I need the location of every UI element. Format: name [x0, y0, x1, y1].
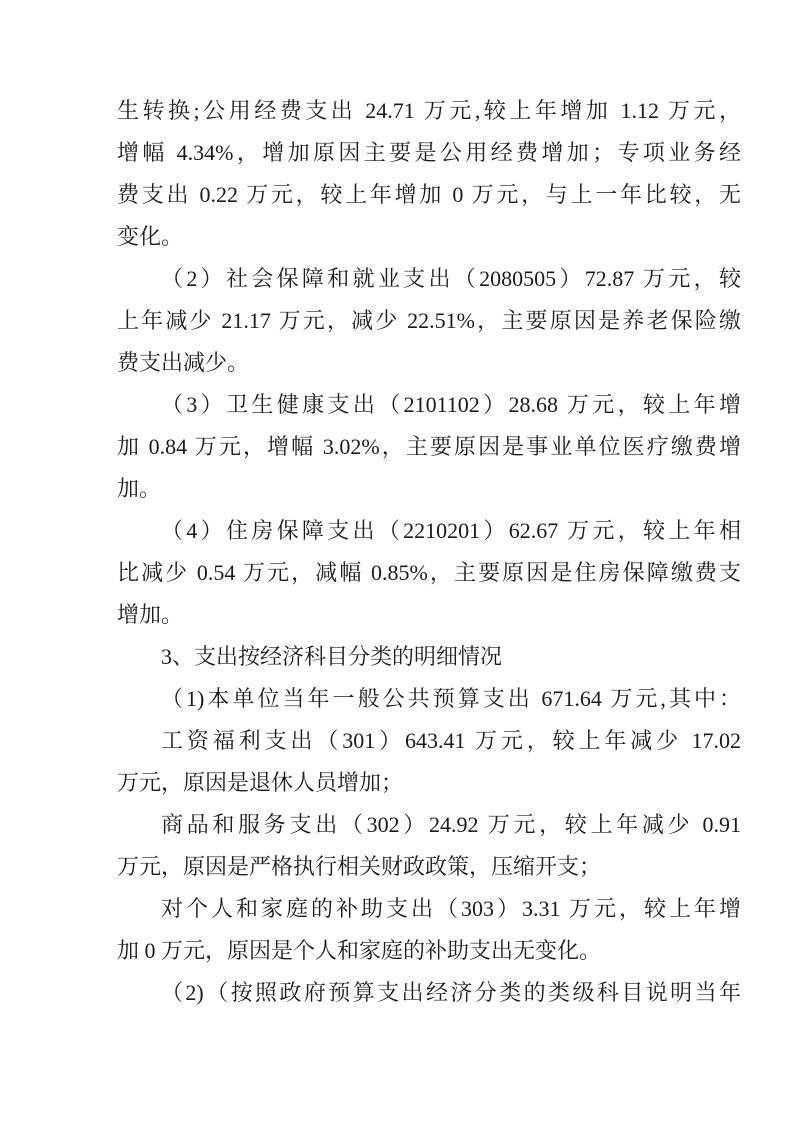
text-line: 费支出减少。: [117, 342, 741, 384]
paragraph-individual-family-subsidy: 对个人和家庭的补助支出（303）3.31 万元，较上年增 加 0 万元，原因是个…: [117, 888, 741, 972]
paragraph-goods-services: 商品和服务支出（302）24.92 万元，较上年减少 0.91 万元，原因是严格…: [117, 804, 741, 888]
text-line: 上年减少 21.17 万元，减少 22.51%，主要原因是养老保险缴: [117, 300, 741, 342]
heading-economic-classification: 3、支出按经济科目分类的明细情况: [117, 636, 741, 678]
text-line: 万元，原因是退休人员增加；: [117, 762, 741, 804]
text-line: 加 0 万元，原因是个人和家庭的补助支出无变化。: [117, 930, 741, 972]
text-line: （4）住房保障支出（2210201）62.67 万元，较上年相: [117, 510, 741, 552]
text-line: （1)本单位当年一般公共预算支出 671.64 万元,其中：: [117, 678, 741, 720]
text-line: 对个人和家庭的补助支出（303）3.31 万元，较上年增: [117, 888, 741, 930]
paragraph-gov-budget-classification: （2)（按照政府预算支出经济分类的类级科目说明当年: [117, 972, 741, 1014]
text-line: 工资福利支出（301）643.41 万元，较上年减少 17.02: [117, 720, 741, 762]
text-line: 加 0.84 万元，增幅 3.02%，主要原因是事业单位医疗缴费增: [117, 426, 741, 468]
text-line: 费支出 0.22 万元，较上年增加 0 万元，与上一年比较，无: [117, 174, 741, 216]
text-line: 加。: [117, 468, 741, 510]
text-line: （3）卫生健康支出（2101102）28.68 万元，较上年增: [117, 384, 741, 426]
text-line: （2）社会保障和就业支出（2080505）72.87 万元，较: [117, 258, 741, 300]
document-page: 生转换;公用经费支出 24.71 万元,较上年增加 1.12 万元， 增幅 4.…: [0, 0, 793, 1122]
paragraph-total-budget: （1)本单位当年一般公共预算支出 671.64 万元,其中：: [117, 678, 741, 720]
paragraph-housing: （4）住房保障支出（2210201）62.67 万元，较上年相 比减少 0.54…: [117, 510, 741, 636]
heading-line: 3、支出按经济科目分类的明细情况: [117, 636, 741, 678]
text-line: 生转换;公用经费支出 24.71 万元,较上年增加 1.12 万元，: [117, 90, 741, 132]
text-line: 增幅 4.34%，增加原因主要是公用经费增加；专项业务经: [117, 132, 741, 174]
text-line: 增加。: [117, 594, 741, 636]
text-line: 商品和服务支出（302）24.92 万元，较上年减少 0.91: [117, 804, 741, 846]
paragraph-salary-welfare: 工资福利支出（301）643.41 万元，较上年减少 17.02 万元，原因是退…: [117, 720, 741, 804]
paragraph-health: （3）卫生健康支出（2101102）28.68 万元，较上年增 加 0.84 万…: [117, 384, 741, 510]
paragraph-public-funds: 生转换;公用经费支出 24.71 万元,较上年增加 1.12 万元， 增幅 4.…: [117, 90, 741, 258]
text-line: 比减少 0.54 万元，减幅 0.85%，主要原因是住房保障缴费支: [117, 552, 741, 594]
text-line: 变化。: [117, 216, 741, 258]
paragraph-social-security: （2）社会保障和就业支出（2080505）72.87 万元，较 上年减少 21.…: [117, 258, 741, 384]
text-line: （2)（按照政府预算支出经济分类的类级科目说明当年: [117, 972, 741, 1014]
text-line: 万元，原因是严格执行相关财政政策，压缩开支；: [117, 846, 741, 888]
